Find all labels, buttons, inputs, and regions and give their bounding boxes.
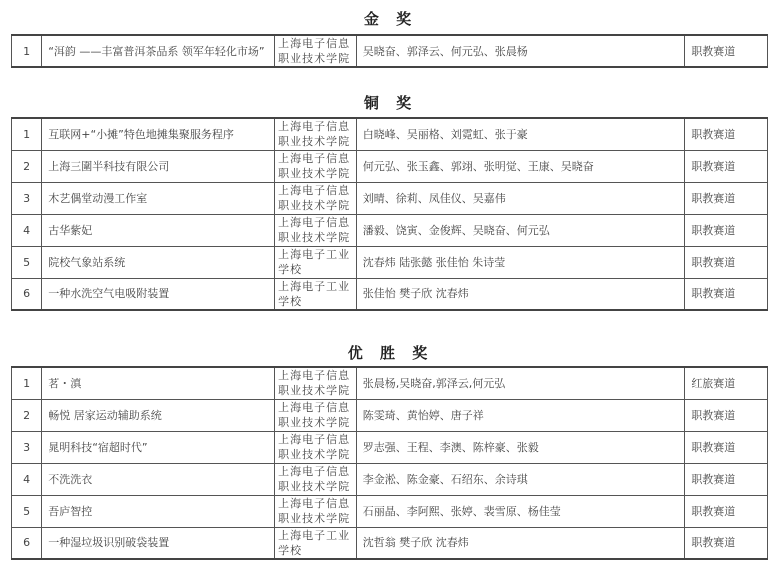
row-number: 4 (12, 463, 42, 495)
project-name: 吾庐智控 (42, 495, 275, 527)
gold-award-heading: 金 奖 (0, 8, 781, 29)
project-name: “洱韵 ——丰富普洱茶品系 领军年轻化市场” (42, 35, 275, 67)
project-name: 院校气象站系统 (42, 246, 275, 278)
row-number: 2 (12, 399, 42, 431)
team-members: 白晓峰、吴丽格、刘霓虹、张于豪 (356, 118, 685, 150)
competition-track: 职教赛道 (685, 246, 768, 278)
project-name: 一种水洗空气电吸附装置 (42, 278, 275, 310)
competition-track: 职教赛道 (685, 150, 768, 182)
row-number: 4 (12, 214, 42, 246)
project-name: 互联网+“小摊”特色地摊集聚服务程序 (42, 118, 275, 150)
team-members: 李金淞、陈金豪、石绍东、余诗琪 (356, 463, 685, 495)
school-name: 上海电子信息职业技术学院 (275, 182, 357, 214)
school-name: 上海电子信息职业技术学院 (275, 150, 357, 182)
row-number: 6 (12, 278, 42, 310)
competition-track: 职教赛道 (685, 399, 768, 431)
table-row: 1 “洱韵 ——丰富普洱茶品系 领军年轻化市场” 上海电子信息职业技术学院 吴晓… (12, 35, 768, 67)
excellence-award-heading: 优 胜 奖 (0, 342, 781, 363)
table-row: 1 互联网+“小摊”特色地摊集聚服务程序 上海电子信息职业技术学院 白晓峰、吴丽… (12, 118, 768, 150)
project-name: 不洗洗衣 (42, 463, 275, 495)
project-name: 茗・滇 (42, 367, 275, 399)
team-members: 吴晓奋、郭泽云、何元弘、张晨杨 (356, 35, 685, 67)
school-name: 上海电子信息职业技术学院 (275, 367, 357, 399)
table-row: 4 古华紫妃 上海电子信息职业技术学院 潘毅、饶寅、金俊辉、吴晓奋、何元弘 职教… (12, 214, 768, 246)
school-name: 上海电子信息职业技术学院 (275, 495, 357, 527)
school-name: 上海电子信息职业技术学院 (275, 431, 357, 463)
competition-track: 职教赛道 (685, 463, 768, 495)
bronze-award-heading: 铜 奖 (0, 92, 781, 113)
team-members: 潘毅、饶寅、金俊辉、吴晓奋、何元弘 (356, 214, 685, 246)
gold-award-table: 1 “洱韵 ——丰富普洱茶品系 领军年轻化市场” 上海电子信息职业技术学院 吴晓… (11, 34, 768, 68)
school-name: 上海电子信息职业技术学院 (275, 399, 357, 431)
row-number: 1 (12, 118, 42, 150)
school-name: 上海电子信息职业技术学院 (275, 463, 357, 495)
competition-track: 职教赛道 (685, 182, 768, 214)
row-number: 3 (12, 182, 42, 214)
excellence-award-table: 1 茗・滇 上海电子信息职业技术学院 张晨杨,吴晓奋,郭泽云,何元弘 红旅赛道 … (11, 366, 768, 560)
competition-track: 职教赛道 (685, 527, 768, 559)
project-name: 上海三圍半科技有限公司 (42, 150, 275, 182)
project-name: 畅悦 居家运动辅助系统 (42, 399, 275, 431)
project-name: 晁明科技“宿超时代” (42, 431, 275, 463)
table-row: 5 院校气象站系统 上海电子工业学校 沈春炜 陆张懿 张佳怡 朱诗莹 职教赛道 (12, 246, 768, 278)
school-name: 上海电子信息职业技术学院 (275, 214, 357, 246)
school-name: 上海电子信息职业技术学院 (275, 35, 357, 67)
school-name: 上海电子工业学校 (275, 527, 357, 559)
competition-track: 职教赛道 (685, 35, 768, 67)
competition-track: 职教赛道 (685, 118, 768, 150)
team-members: 石丽晶、李阿熙、张婷、裴雪原、杨佳莹 (356, 495, 685, 527)
table-row: 3 木艺偶堂动漫工作室 上海电子信息职业技术学院 刘晴、徐莉、凤佳仪、吴嘉伟 职… (12, 182, 768, 214)
team-members: 张佳怡 樊子欣 沈春炜 (356, 278, 685, 310)
competition-track: 职教赛道 (685, 431, 768, 463)
competition-track: 红旅赛道 (685, 367, 768, 399)
row-number: 1 (12, 367, 42, 399)
row-number: 1 (12, 35, 42, 67)
team-members: 张晨杨,吴晓奋,郭泽云,何元弘 (356, 367, 685, 399)
project-name: 一种湿垃圾识别破袋装置 (42, 527, 275, 559)
team-members: 沈哲翁 樊子欣 沈春炜 (356, 527, 685, 559)
team-members: 何元弘、张玉鑫、郭翊、张明觉、王康、吴晓奋 (356, 150, 685, 182)
table-row: 6 一种水洗空气电吸附装置 上海电子工业学校 张佳怡 樊子欣 沈春炜 职教赛道 (12, 278, 768, 310)
school-name: 上海电子工业学校 (275, 278, 357, 310)
row-number: 5 (12, 246, 42, 278)
school-name: 上海电子信息职业技术学院 (275, 118, 357, 150)
table-row: 2 上海三圍半科技有限公司 上海电子信息职业技术学院 何元弘、张玉鑫、郭翊、张明… (12, 150, 768, 182)
row-number: 3 (12, 431, 42, 463)
team-members: 陈雯琦、黄怡婷、唐子祥 (356, 399, 685, 431)
competition-track: 职教赛道 (685, 278, 768, 310)
row-number: 5 (12, 495, 42, 527)
project-name: 古华紫妃 (42, 214, 275, 246)
table-row: 2 畅悦 居家运动辅助系统 上海电子信息职业技术学院 陈雯琦、黄怡婷、唐子祥 职… (12, 399, 768, 431)
team-members: 沈春炜 陆张懿 张佳怡 朱诗莹 (356, 246, 685, 278)
table-row: 5 吾庐智控 上海电子信息职业技术学院 石丽晶、李阿熙、张婷、裴雪原、杨佳莹 职… (12, 495, 768, 527)
team-members: 罗志强、王程、李澳、陈梓豪、张毅 (356, 431, 685, 463)
row-number: 2 (12, 150, 42, 182)
team-members: 刘晴、徐莉、凤佳仪、吴嘉伟 (356, 182, 685, 214)
table-row: 1 茗・滇 上海电子信息职业技术学院 张晨杨,吴晓奋,郭泽云,何元弘 红旅赛道 (12, 367, 768, 399)
competition-track: 职教赛道 (685, 214, 768, 246)
table-row: 3 晁明科技“宿超时代” 上海电子信息职业技术学院 罗志强、王程、李澳、陈梓豪、… (12, 431, 768, 463)
table-row: 6 一种湿垃圾识别破袋装置 上海电子工业学校 沈哲翁 樊子欣 沈春炜 职教赛道 (12, 527, 768, 559)
row-number: 6 (12, 527, 42, 559)
table-row: 4 不洗洗衣 上海电子信息职业技术学院 李金淞、陈金豪、石绍东、余诗琪 职教赛道 (12, 463, 768, 495)
project-name: 木艺偶堂动漫工作室 (42, 182, 275, 214)
school-name: 上海电子工业学校 (275, 246, 357, 278)
bronze-award-table: 1 互联网+“小摊”特色地摊集聚服务程序 上海电子信息职业技术学院 白晓峰、吴丽… (11, 117, 768, 311)
competition-track: 职教赛道 (685, 495, 768, 527)
